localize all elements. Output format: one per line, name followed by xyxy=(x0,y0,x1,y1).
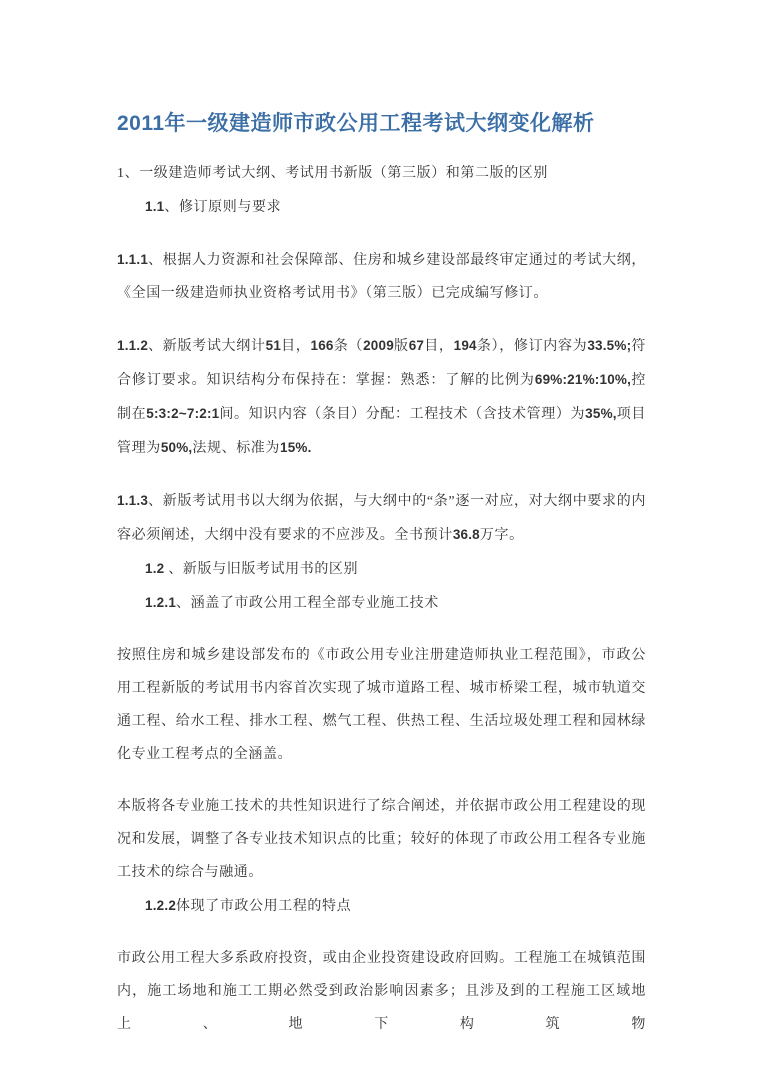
text-run: 体现了市政公用工程的特点 xyxy=(176,899,351,914)
page-title: 2011年一级建造师市政公用工程考试大纲变化解析 xyxy=(117,110,646,138)
text-run: 按照住房和城乡建设部发布的《市政公用专业注册建造师执业工程范围》，市政公用工程新… xyxy=(117,648,646,762)
bold-number-run: 2009 xyxy=(363,338,394,353)
para-coverage: 按照住房和城乡建设部发布的《市政公用专业注册建造师执业工程范围》，市政公用工程新… xyxy=(117,639,646,771)
text-run: 、新版考试大纲计 xyxy=(148,339,266,354)
text-run: 条），修订内容为 xyxy=(477,339,588,354)
bold-number-run: 1.1.1 xyxy=(117,252,148,267)
bold-number-run: 1.2.2 xyxy=(145,898,176,913)
bold-number-run: 51 xyxy=(266,338,281,353)
text-run: 目， xyxy=(424,339,453,354)
bold-number-run: 15%. xyxy=(280,440,312,455)
document-body: 1、一级建造师考试大纲、考试用书新版（第三版）和第二版的区别1.1、修订原则与要… xyxy=(117,157,646,1041)
bold-number-run: 33.5%; xyxy=(587,338,631,353)
bold-number-run: 35%, xyxy=(585,406,617,421)
text-run: 本版将各专业施工技术的共性知识进行了综合阐述，并依据市政公用工程建设的现况和发展… xyxy=(117,799,646,880)
bold-number-run: 36.8 xyxy=(453,527,480,542)
bold-number-run: 1.1 xyxy=(145,199,164,214)
heading-1-2: 1.2 、新版与旧版考试用书的区别 xyxy=(145,552,646,586)
para-characteristics: 市政公用工程大多系政府投资，或由企业投资建设政府回购。工程施工在城镇范围内，施工… xyxy=(117,942,646,1041)
text-run: 、修订原则与要求 xyxy=(164,200,281,215)
list-item-1: 1、一级建造师考试大纲、考试用书新版（第三版）和第二版的区别 xyxy=(117,157,646,190)
bold-number-run: 67 xyxy=(409,338,424,353)
text-run: 目， xyxy=(281,339,310,354)
text-run: 间。知识内容（条目）分配：工程技术（含技术管理）为 xyxy=(219,407,585,422)
bold-number-run: 5:3:2~7:2:1 xyxy=(146,406,219,421)
text-run: 、新版与旧版考试用书的区别 xyxy=(168,562,358,577)
bold-number-run: 1.2 xyxy=(145,561,168,576)
text-run: 1、一级建造师考试大纲、考试用书新版（第三版）和第二版的区别 xyxy=(117,166,548,181)
heading-1-2-2: 1.2.2体现了市政公用工程的特点 xyxy=(145,889,646,923)
para-1-1-3: 1.1.3、新版考试用书以大纲为依据，与大纲中的“条”逐一对应，对大纲中要求的内… xyxy=(117,484,646,552)
text-run: 市政公用工程大多系政府投资，或由企业投资建设政府回购。工程施工在城镇范围内，施工… xyxy=(117,951,646,1032)
bold-number-run: 1.1.3 xyxy=(117,493,148,508)
bold-number-run: 166 xyxy=(311,338,334,353)
bold-number-run: 1.1.2 xyxy=(117,338,148,353)
text-run: 版 xyxy=(394,339,409,354)
bold-number-run: 50%, xyxy=(161,440,193,455)
para-1-1-2: 1.1.2、新版考试大纲计51目，166条（2009版67目，194条），修订内… xyxy=(117,329,646,465)
text-run: 条（ xyxy=(334,339,363,354)
para-1-1-1: 1.1.1、根据人力资源和社会保障部、住房和城乡建设部最终审定通过的考试大纲，《… xyxy=(117,243,646,310)
text-run: 法规、标准为 xyxy=(192,441,280,456)
text-run: 、涵盖了市政公用工程全部专业施工技术 xyxy=(176,596,439,611)
bold-number-run: 194 xyxy=(454,338,477,353)
text-run: 、新版考试用书以大纲为依据，与大纲中的“条”逐一对应，对大纲中要求的内容必须阐述… xyxy=(117,494,646,543)
heading-1-2-1: 1.2.1、涵盖了市政公用工程全部专业施工技术 xyxy=(145,586,646,620)
text-run: 、根据人力资源和社会保障部、住房和城乡建设部最终审定通过的考试大纲，《全国一级建… xyxy=(117,253,646,301)
para-integration: 本版将各专业施工技术的共性知识进行了综合阐述，并依据市政公用工程建设的现况和发展… xyxy=(117,790,646,889)
document-page: 2011年一级建造师市政公用工程考试大纲变化解析 1、一级建造师考试大纲、考试用… xyxy=(0,0,763,1080)
heading-1-1: 1.1、修订原则与要求 xyxy=(145,190,646,224)
text-run: 万字。 xyxy=(480,528,524,543)
bold-number-run: 69%:21%:10%, xyxy=(535,372,631,387)
bold-number-run: 1.2.1 xyxy=(145,595,176,610)
